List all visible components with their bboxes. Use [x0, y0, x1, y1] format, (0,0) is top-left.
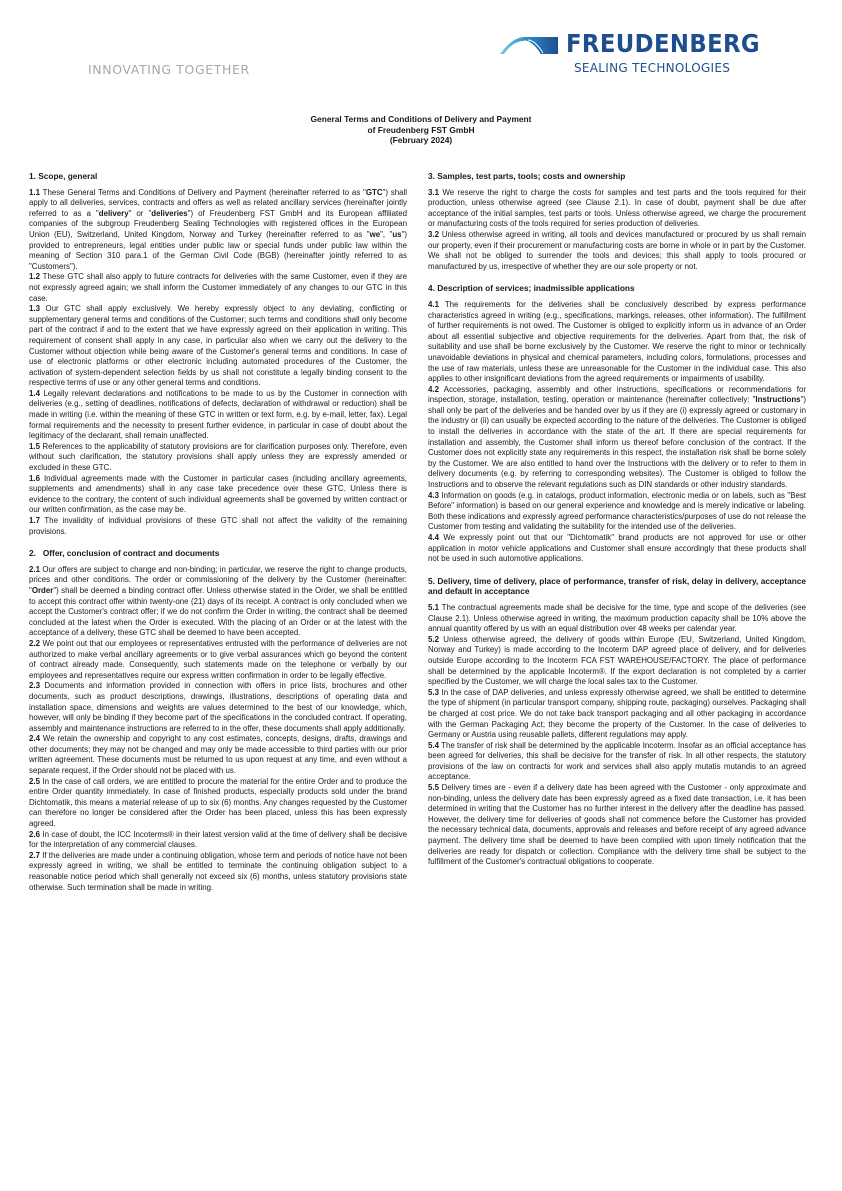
clause: 5.2 Unless otherwise agreed, the deliver…: [428, 635, 806, 688]
clause: 2.4 We retain the ownership and copyrigh…: [29, 734, 407, 776]
clause: 1.7 The invalidity of individual provisi…: [29, 516, 407, 537]
clause: 4.2 Accessories, packaging, assembly and…: [428, 385, 806, 491]
clause: 5.3 In the case of DAP deliveries, and u…: [428, 688, 806, 741]
company-logo: FREUDENBERG SEALING TECHNOLOGIES: [500, 32, 790, 82]
section-2: 2. Offer, conclusion of contract and doc…: [29, 548, 407, 893]
section-heading: 3. Samples, test parts, tools; costs and…: [428, 171, 806, 182]
clause: 5.5 Delivery times are - even if a deliv…: [428, 783, 806, 868]
title-line-3: (February 2024): [0, 135, 842, 146]
clause: 5.4 The transfer of risk shall be determ…: [428, 741, 806, 783]
clause: 1.3 Our GTC shall apply exclusively. We …: [29, 304, 407, 389]
clause: 2.2 We point out that our employees or r…: [29, 639, 407, 681]
section-3: 3. Samples, test parts, tools; costs and…: [428, 171, 806, 272]
clause: 1.6 Individual agreements made with the …: [29, 474, 407, 516]
clause: 2.3 Documents and information provided i…: [29, 681, 407, 734]
clause: 2.1 Our offers are subject to change and…: [29, 565, 407, 639]
clause: 1.5 References to the applicability of s…: [29, 442, 407, 474]
clause: 4.1 The requirements for the deliveries …: [428, 300, 806, 385]
section-5: 5. Delivery, time of delivery, place of …: [428, 576, 806, 868]
section-heading: 4. Description of services; inadmissible…: [428, 283, 806, 294]
clause: 1.2 These GTC shall also apply to future…: [29, 272, 407, 304]
clause: 1.4 Legally relevant declarations and no…: [29, 389, 407, 442]
section-4: 4. Description of services; inadmissible…: [428, 283, 806, 564]
clause: 2.6 In case of doubt, the ICC Incoterms®…: [29, 830, 407, 851]
clause: 3.2 Unless otherwise agreed in writing, …: [428, 230, 806, 272]
title-line-1: General Terms and Conditions of Delivery…: [0, 114, 842, 125]
clause: 1.1 These General Terms and Conditions o…: [29, 188, 407, 273]
clause: 4.3 Information on goods (e.g. in catalo…: [428, 491, 806, 533]
section-heading: 2. Offer, conclusion of contract and doc…: [29, 548, 407, 559]
clause: 5.1 The contractual agreements made shal…: [428, 603, 806, 635]
tagline: INNOVATING TOGETHER: [88, 62, 250, 77]
clause: 3.1 We reserve the right to charge the c…: [428, 188, 806, 230]
clause: 2.5 In the case of call orders, we are e…: [29, 777, 407, 830]
section-heading: 5. Delivery, time of delivery, place of …: [428, 576, 806, 597]
left-column: 1. Scope, general 1.1 These General Term…: [29, 171, 407, 904]
right-column: 3. Samples, test parts, tools; costs and…: [428, 171, 806, 879]
logo-wordmark: FREUDENBERG: [566, 29, 760, 58]
logo-subtitle: SEALING TECHNOLOGIES: [574, 61, 730, 75]
clause: 2.7 If the deliveries are made under a c…: [29, 851, 407, 893]
section-heading: 1. Scope, general: [29, 171, 407, 182]
wave-mark-icon: [500, 34, 558, 54]
clause: 4.4 We expressly point out that our "Dic…: [428, 533, 806, 565]
section-1: 1. Scope, general 1.1 These General Term…: [29, 171, 407, 537]
title-line-2: of Freudenberg FST GmbH: [0, 125, 842, 136]
document-title: General Terms and Conditions of Delivery…: [0, 114, 842, 146]
